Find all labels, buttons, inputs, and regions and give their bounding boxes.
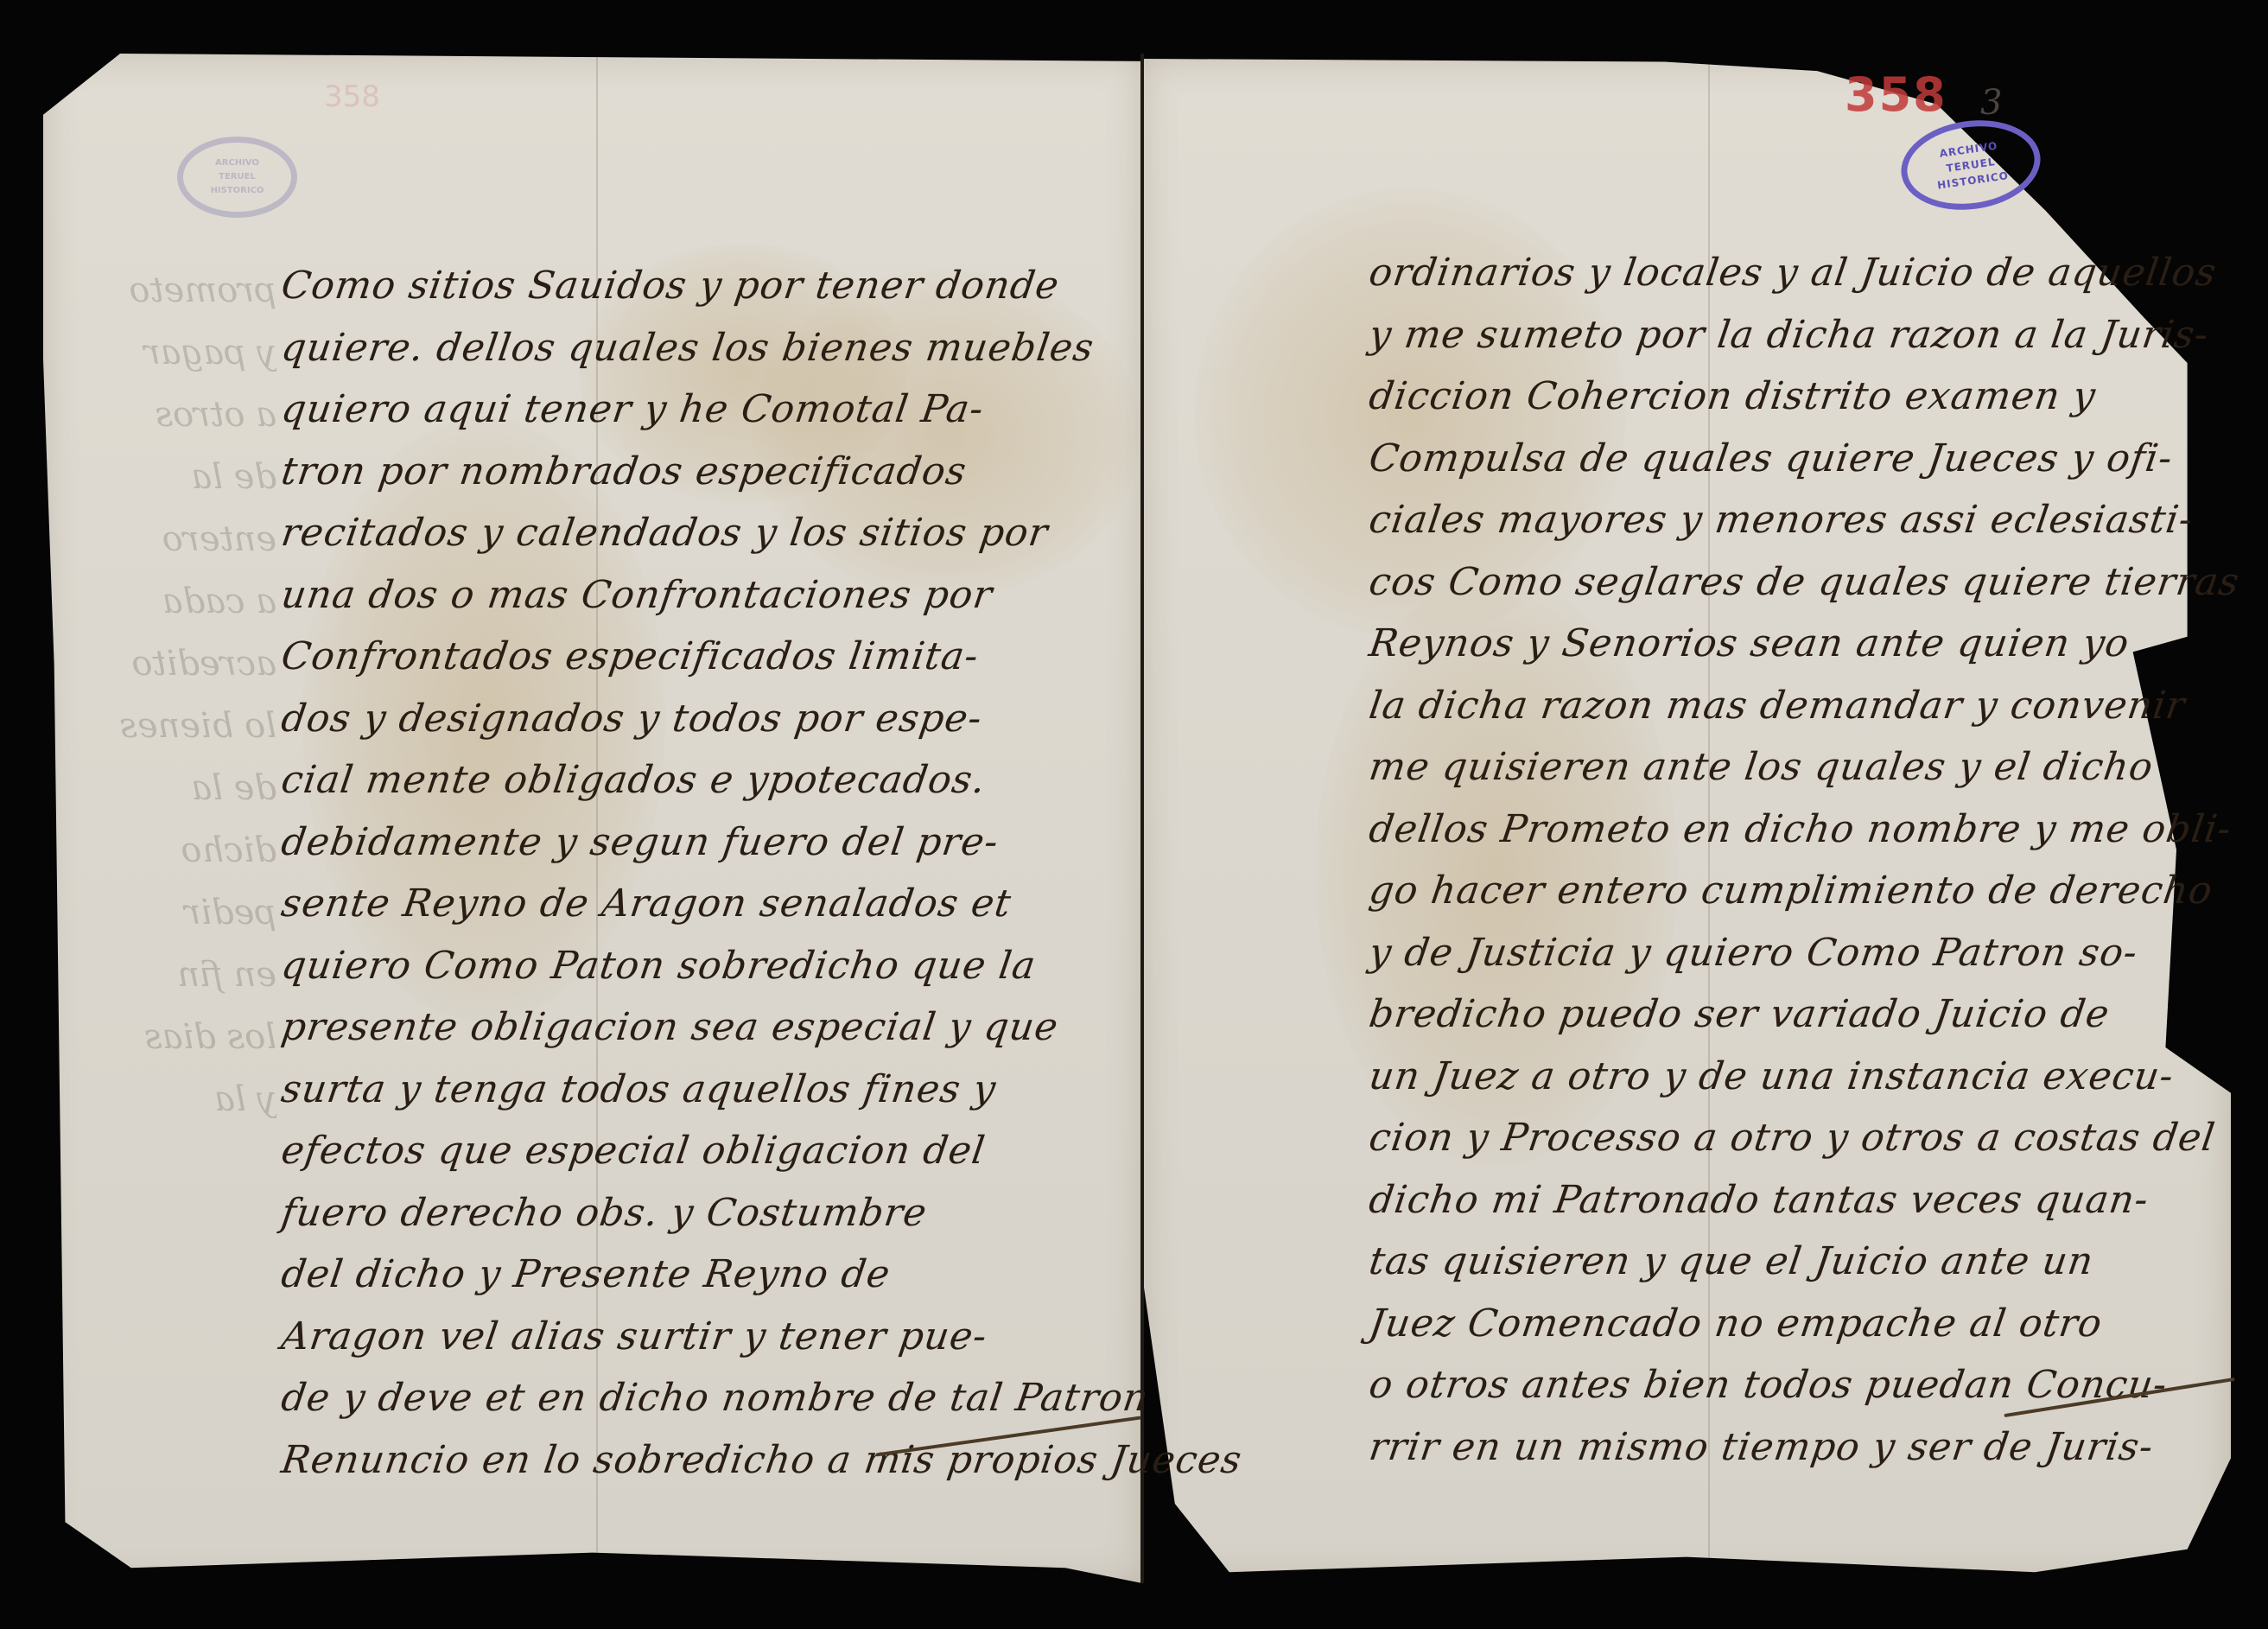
text-line: del dicho y Presente Reyno de <box>277 1244 1246 1306</box>
text-line: bredicho puedo ser variado Juicio de <box>1365 983 2244 1046</box>
text-line: recitados y calendados y los sitios por <box>277 502 1246 564</box>
text-line: cial mente obligados e ypotecados. <box>277 749 1246 811</box>
text-line: presente obligacion sea especial y que <box>277 996 1246 1059</box>
text-line: diccion Cohercion distrito examen y <box>1365 366 2244 428</box>
text-line: sente Reyno de Aragon senalados et <box>277 873 1246 935</box>
text-line: surta y tenga todos aquellos fines y <box>277 1059 1246 1121</box>
text-line: y de Justicia y quiero Como Patron so- <box>1365 922 2244 984</box>
text-line: dos y designados y todos por espe- <box>277 688 1246 750</box>
text-line: ordinarios y locales y al Juicio de aque… <box>1365 242 2244 304</box>
text-line: fuero derecho obs. y Costumbre <box>277 1182 1246 1244</box>
text-line: Compulsa de quales quiere Jueces y ofi- <box>1365 428 2244 490</box>
text-line: rrir en un mismo tiempo y ser de Juris- <box>1365 1416 2244 1479</box>
text-line: quiero Como Paton sobredicho que la <box>277 935 1246 997</box>
text-line: de y deve et en dicho nombre de tal Patr… <box>277 1367 1246 1429</box>
text-line: y me sumeto por la dicha razon a la Juri… <box>1365 304 2244 366</box>
text-line: Aragon vel alias surtir y tener pue- <box>277 1306 1246 1368</box>
archive-stamp-left: ARCHIVO TERUEL HISTORICO <box>177 137 297 218</box>
text-line: Juez Comencado no empache al otro <box>1365 1293 2244 1355</box>
folio-number-pencil: 3 <box>1980 83 2002 123</box>
text-line: un Juez a otro y de una instancia execu- <box>1365 1046 2244 1108</box>
text-line: la dicha razon mas demandar y convenir <box>1365 675 2244 737</box>
text-line: ciales mayores y menores assi eclesiasti… <box>1365 489 2244 551</box>
text-line: una dos o mas Confrontaciones por <box>277 564 1246 627</box>
bleed-through-text-left: prometo y pagar a otros de la entero a c… <box>35 259 276 1130</box>
text-line: dellos Prometo en dicho nombre y me obli… <box>1365 799 2244 861</box>
text-line: o otros antes bien todos puedan Concu- <box>1365 1354 2244 1416</box>
text-line: Confrontados especificados limita- <box>277 626 1246 688</box>
text-line: efectos que especial obligacion del <box>277 1120 1246 1182</box>
folio-number-faint: 358 <box>324 80 380 114</box>
right-page-text: ordinarios y locales y al Juicio de aque… <box>1369 242 2239 1478</box>
text-line: me quisieren ante los quales y el dicho <box>1365 736 2244 799</box>
text-line: go hacer entero cumplimiento de derecho <box>1365 860 2244 922</box>
text-line: tron por nombrados especificados <box>277 441 1246 503</box>
text-line: Renuncio en lo sobredicho a mis propios … <box>277 1429 1246 1492</box>
left-page-text: Como sitios Sauidos y por tener donde qu… <box>282 255 1242 1491</box>
text-line: quiere. dellos quales los bienes muebles <box>277 317 1246 379</box>
text-line: cion y Processo a otro y otros a costas … <box>1365 1107 2244 1169</box>
text-line: Reynos y Senorios sean ante quien yo <box>1365 613 2244 675</box>
manuscript-spread: prometo y pagar a otros de la entero a c… <box>0 0 2268 1629</box>
text-line: cos Como seglares de quales quiere tierr… <box>1365 551 2244 614</box>
text-line: tas quisieren y que el Juicio ante un <box>1365 1231 2244 1293</box>
text-line: quiero aqui tener y he Comotal Pa- <box>277 379 1246 441</box>
folio-number-red: 358 <box>1845 67 1947 122</box>
text-line: Como sitios Sauidos y por tener donde <box>277 255 1246 317</box>
text-line: dicho mi Patronado tantas veces quan- <box>1365 1169 2244 1231</box>
text-line: debidamente y segun fuero del pre- <box>277 811 1246 874</box>
